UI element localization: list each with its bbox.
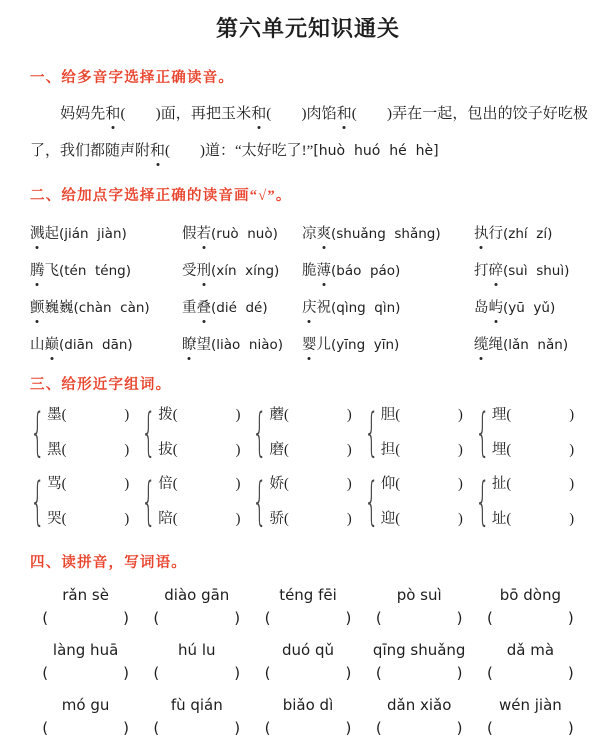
pinyin-label: qīng shuǎng <box>364 640 475 660</box>
pinyin-label: duó qǔ <box>252 640 363 660</box>
word-pinyin: (yū yǔ) <box>503 300 555 316</box>
pinyin-label: bō dòng <box>475 585 586 605</box>
answer-blank: ( ) <box>141 608 252 628</box>
word-item: 缆绳(lǎn nǎn) <box>474 335 586 355</box>
word-pinyin: (shuǎng shǎng) <box>331 226 441 242</box>
word-pinyin: (lǎn nǎn) <box>503 337 568 353</box>
word-pre: 打 <box>474 263 489 279</box>
answer-blank: ( ) <box>252 608 363 628</box>
word-pinyin: (chàn càn) <box>74 300 150 316</box>
word-pinyin: (suì shuì) <box>503 263 569 279</box>
pair-bottom-char: 拔 <box>158 442 173 458</box>
word-pinyin: (diān dān) <box>59 337 133 353</box>
word-dotted-char: 腾 <box>30 263 45 279</box>
answer-blank: ( ) <box>506 476 574 492</box>
answer-blank: ( ) <box>284 407 352 423</box>
pinyin-word-cell: duó qǔ( ) <box>252 640 363 683</box>
brace: { <box>141 423 156 443</box>
word-pinyin: (ruò nuò) <box>211 226 278 242</box>
word-post: 绳 <box>489 337 504 353</box>
word-item: 打碎(suì shuì) <box>474 261 586 281</box>
word-pre: 凉 <box>302 226 317 242</box>
answer-blank: ( ) <box>475 608 586 628</box>
word-dotted-char: 颤 <box>30 300 45 316</box>
word-dotted-char: 执 <box>474 226 489 242</box>
brace: { <box>364 423 379 443</box>
word-item: 受刑(xín xíng) <box>182 261 302 281</box>
pair-bottom-char: 担 <box>381 442 396 458</box>
word-dotted-char: 瞭 <box>182 337 197 353</box>
answer-blank: ( ) <box>364 608 475 628</box>
confusable-pair: {仰( )迎( ) <box>364 474 475 529</box>
word-pinyin: (dié dé) <box>211 300 268 316</box>
confusable-pair: {倍( )陪( ) <box>141 474 252 529</box>
dotted-char: 和 <box>337 106 352 122</box>
pair-bottom-char: 哭 <box>47 511 62 527</box>
pinyin-label: pò suì <box>364 585 475 605</box>
word-pre: 重 <box>182 300 197 316</box>
brace: { <box>364 492 379 512</box>
paragraph-text: ( )面，再把玉米 <box>120 106 251 122</box>
answer-blank: ( ) <box>475 718 586 738</box>
brace: { <box>475 423 490 443</box>
answer-blank: ( ) <box>284 511 352 527</box>
pair-bottom-char: 埋 <box>492 442 507 458</box>
brace: { <box>141 492 156 512</box>
answer-blank: ( ) <box>173 511 241 527</box>
word-item: 溅起(jián jiàn) <box>30 224 182 244</box>
answer-blank: ( ) <box>364 718 475 738</box>
pinyin-label: wén jiàn <box>475 695 586 715</box>
pronunciation-grid: 溅起(jián jiàn) 假若(ruò nuò) 凉爽(shuǎng shǎn… <box>30 224 586 355</box>
pinyin-label: dǎn xiǎo <box>364 695 475 715</box>
word-post: 巍巍 <box>45 300 74 316</box>
confusable-pair: {墨( )黑( ) <box>30 405 141 460</box>
confusable-pair: {胆( )担( ) <box>364 405 475 460</box>
pinyin-word-cell: bō dòng( ) <box>475 585 586 628</box>
word-post: 飞 <box>45 263 60 279</box>
answer-blank: ( ) <box>141 663 252 683</box>
word-dotted-char: 婴 <box>302 337 317 353</box>
word-pinyin: (jián jiàn) <box>59 226 127 242</box>
word-post: 起 <box>45 226 60 242</box>
pinyin-word-cell: hú lu( ) <box>141 640 252 683</box>
paragraph-text: ( )道：“太好吃了!” <box>165 143 313 159</box>
word-pre: 受 <box>182 263 197 279</box>
pinyin-word-cell: rǎn sè( ) <box>30 585 141 628</box>
brace: { <box>252 492 267 512</box>
pair-top-char: 扯 <box>492 476 507 492</box>
page-title: 第六单元知识通关 <box>30 14 586 44</box>
word-item: 脆薄(báo páo) <box>302 261 474 281</box>
pinyin-label: diào gān <box>141 585 252 605</box>
answer-blank: ( ) <box>395 442 463 458</box>
pair-top-char: 仰 <box>381 476 396 492</box>
word-item: 婴儿(yīng yīn) <box>302 335 474 355</box>
confusable-pair: {骂( )哭( ) <box>30 474 141 529</box>
answer-blank: ( ) <box>395 476 463 492</box>
answer-blank: ( ) <box>30 663 141 683</box>
word-post: 儿 <box>317 337 332 353</box>
brace: { <box>252 423 267 443</box>
confusable-pair: {扯( )址( ) <box>475 474 586 529</box>
answer-blank: ( ) <box>284 442 352 458</box>
section-2-header: 二、给加点字选择正确的读音画“√”。 <box>30 186 586 206</box>
answer-blank: ( ) <box>173 476 241 492</box>
confusable-pairs-grid: {墨( )黑( ) {拨( )拔( ) {蘑( )磨( ) {胆( )担( ) … <box>30 405 586 529</box>
polyphone-paragraph: 妈妈先和( )面，再把玉米和( )肉馅和( )弄在一起，包出的饺子好吃极了，我们… <box>30 96 588 170</box>
pinyin-label: làng huā <box>30 640 141 660</box>
word-pinyin: (xín xíng) <box>211 263 279 279</box>
answer-blank: ( ) <box>506 442 574 458</box>
confusable-pair: {娇( )骄( ) <box>252 474 363 529</box>
section-1-header: 一、给多音字选择正确读音。 <box>30 68 586 88</box>
word-item: 颤巍巍(chàn càn) <box>30 298 182 318</box>
word-pre: 假 <box>182 226 197 242</box>
pair-top-char: 胆 <box>381 407 396 423</box>
word-dotted-char: 溅 <box>30 226 45 242</box>
word-post: 祝 <box>317 300 332 316</box>
answer-blank: ( ) <box>395 407 463 423</box>
answer-blank: ( ) <box>395 511 463 527</box>
pair-bottom-char: 迎 <box>381 511 396 527</box>
word-dotted-char: 碎 <box>489 263 504 279</box>
word-pre: 脆 <box>302 263 317 279</box>
word-pinyin: (tén téng) <box>59 263 131 279</box>
word-item: 凉爽(shuǎng shǎng) <box>302 224 474 244</box>
word-item: 瞭望(liào niào) <box>182 335 302 355</box>
pinyin-word-cell: làng huā( ) <box>30 640 141 683</box>
pair-bottom-char: 磨 <box>269 442 284 458</box>
word-dotted-char: 叠 <box>197 300 212 316</box>
word-pinyin: (liào niào) <box>211 337 283 353</box>
word-pinyin: (zhí zí) <box>503 226 552 242</box>
brace: { <box>30 423 45 443</box>
pair-top-char: 蘑 <box>269 407 284 423</box>
pair-top-char: 理 <box>492 407 507 423</box>
pinyin-word-cell: diào gān( ) <box>141 585 252 628</box>
pinyin-word-cell: dǎ mà( ) <box>475 640 586 683</box>
word-pre: 山 <box>30 337 45 353</box>
word-pinyin: (báo páo) <box>331 263 400 279</box>
pinyin-word-cell: wén jiàn( ) <box>475 695 586 738</box>
confusable-pair: {理( )埋( ) <box>475 405 586 460</box>
pinyin-word-cell: fù qián( ) <box>141 695 252 738</box>
word-item: 假若(ruò nuò) <box>182 224 302 244</box>
pinyin-word-cell: qīng shuǎng( ) <box>364 640 475 683</box>
word-post: 望 <box>197 337 212 353</box>
paragraph-text: 妈妈先 <box>30 106 105 122</box>
word-item: 执行(zhí zí) <box>474 224 586 244</box>
pair-top-char: 倍 <box>158 476 173 492</box>
answer-blank: ( ) <box>173 407 241 423</box>
answer-blank: ( ) <box>506 511 574 527</box>
answer-blank: ( ) <box>506 407 574 423</box>
pinyin-word-cell: dǎn xiǎo( ) <box>364 695 475 738</box>
word-dotted-char: 缆 <box>474 337 489 353</box>
answer-blank: ( ) <box>284 476 352 492</box>
pair-bottom-char: 址 <box>492 511 507 527</box>
brace: { <box>475 492 490 512</box>
answer-blank: ( ) <box>62 442 130 458</box>
answer-blank: ( ) <box>252 718 363 738</box>
answer-blank: ( ) <box>30 718 141 738</box>
word-dotted-char: 薄 <box>317 263 332 279</box>
word-item: 庆祝(qìng qìn) <box>302 298 474 318</box>
pair-top-char: 娇 <box>269 476 284 492</box>
word-item: 腾飞(tén téng) <box>30 261 182 281</box>
answer-blank: ( ) <box>62 511 130 527</box>
pinyin-label: dǎ mà <box>475 640 586 660</box>
pinyin-label: biǎo dì <box>252 695 363 715</box>
confusable-pair: {蘑( )磨( ) <box>252 405 363 460</box>
answer-blank: ( ) <box>30 608 141 628</box>
word-pinyin: (yīng yīn) <box>331 337 399 353</box>
pair-top-char: 墨 <box>47 407 62 423</box>
section-4-header: 四、读拼音，写词语。 <box>30 553 586 573</box>
answer-blank: ( ) <box>252 663 363 683</box>
word-pre: 岛 <box>474 300 489 316</box>
paragraph-text: ( )肉馅 <box>266 106 336 122</box>
pair-bottom-char: 黑 <box>47 442 62 458</box>
pinyin-label: hú lu <box>141 640 252 660</box>
confusable-pair: {拨( )拔( ) <box>141 405 252 460</box>
word-item: 岛屿(yū yǔ) <box>474 298 586 318</box>
pinyin-options: [huò huó hé hè] <box>313 143 438 159</box>
pinyin-label: fù qián <box>141 695 252 715</box>
pair-bottom-char: 骄 <box>269 511 284 527</box>
word-dotted-char: 庆 <box>302 300 317 316</box>
pinyin-word-cell: mó gu( ) <box>30 695 141 738</box>
word-dotted-char: 若 <box>197 226 212 242</box>
worksheet-page: 第六单元知识通关 一、给多音字选择正确读音。 妈妈先和( )面，再把玉米和( )… <box>0 0 606 741</box>
dotted-char: 和 <box>150 143 165 159</box>
pinyin-word-cell: pò suì( ) <box>364 585 475 628</box>
answer-blank: ( ) <box>62 476 130 492</box>
pinyin-writing-grid: rǎn sè( ) diào gān( ) téng fēi( ) pò suì… <box>30 585 586 738</box>
pinyin-label: téng fēi <box>252 585 363 605</box>
answer-blank: ( ) <box>173 442 241 458</box>
answer-blank: ( ) <box>364 663 475 683</box>
word-dotted-char: 爽 <box>317 226 332 242</box>
word-pinyin: (qìng qìn) <box>331 300 400 316</box>
dotted-char: 和 <box>105 106 120 122</box>
pair-top-char: 拨 <box>158 407 173 423</box>
pinyin-label: mó gu <box>30 695 141 715</box>
answer-blank: ( ) <box>62 407 130 423</box>
dotted-char: 和 <box>251 106 266 122</box>
answer-blank: ( ) <box>141 718 252 738</box>
pinyin-word-cell: téng fēi( ) <box>252 585 363 628</box>
pair-top-char: 骂 <box>47 476 62 492</box>
section-3-header: 三、给形近字组词。 <box>30 375 586 395</box>
pair-bottom-char: 陪 <box>158 511 173 527</box>
brace: { <box>30 492 45 512</box>
answer-blank: ( ) <box>475 663 586 683</box>
word-item: 重叠(dié dé) <box>182 298 302 318</box>
pinyin-label: rǎn sè <box>30 585 141 605</box>
word-item: 山巅(diān dān) <box>30 335 182 355</box>
word-dotted-char: 刑 <box>197 263 212 279</box>
word-post: 行 <box>489 226 504 242</box>
pinyin-word-cell: biǎo dì( ) <box>252 695 363 738</box>
word-dotted-char: 巅 <box>45 337 60 353</box>
word-dotted-char: 屿 <box>489 300 504 316</box>
